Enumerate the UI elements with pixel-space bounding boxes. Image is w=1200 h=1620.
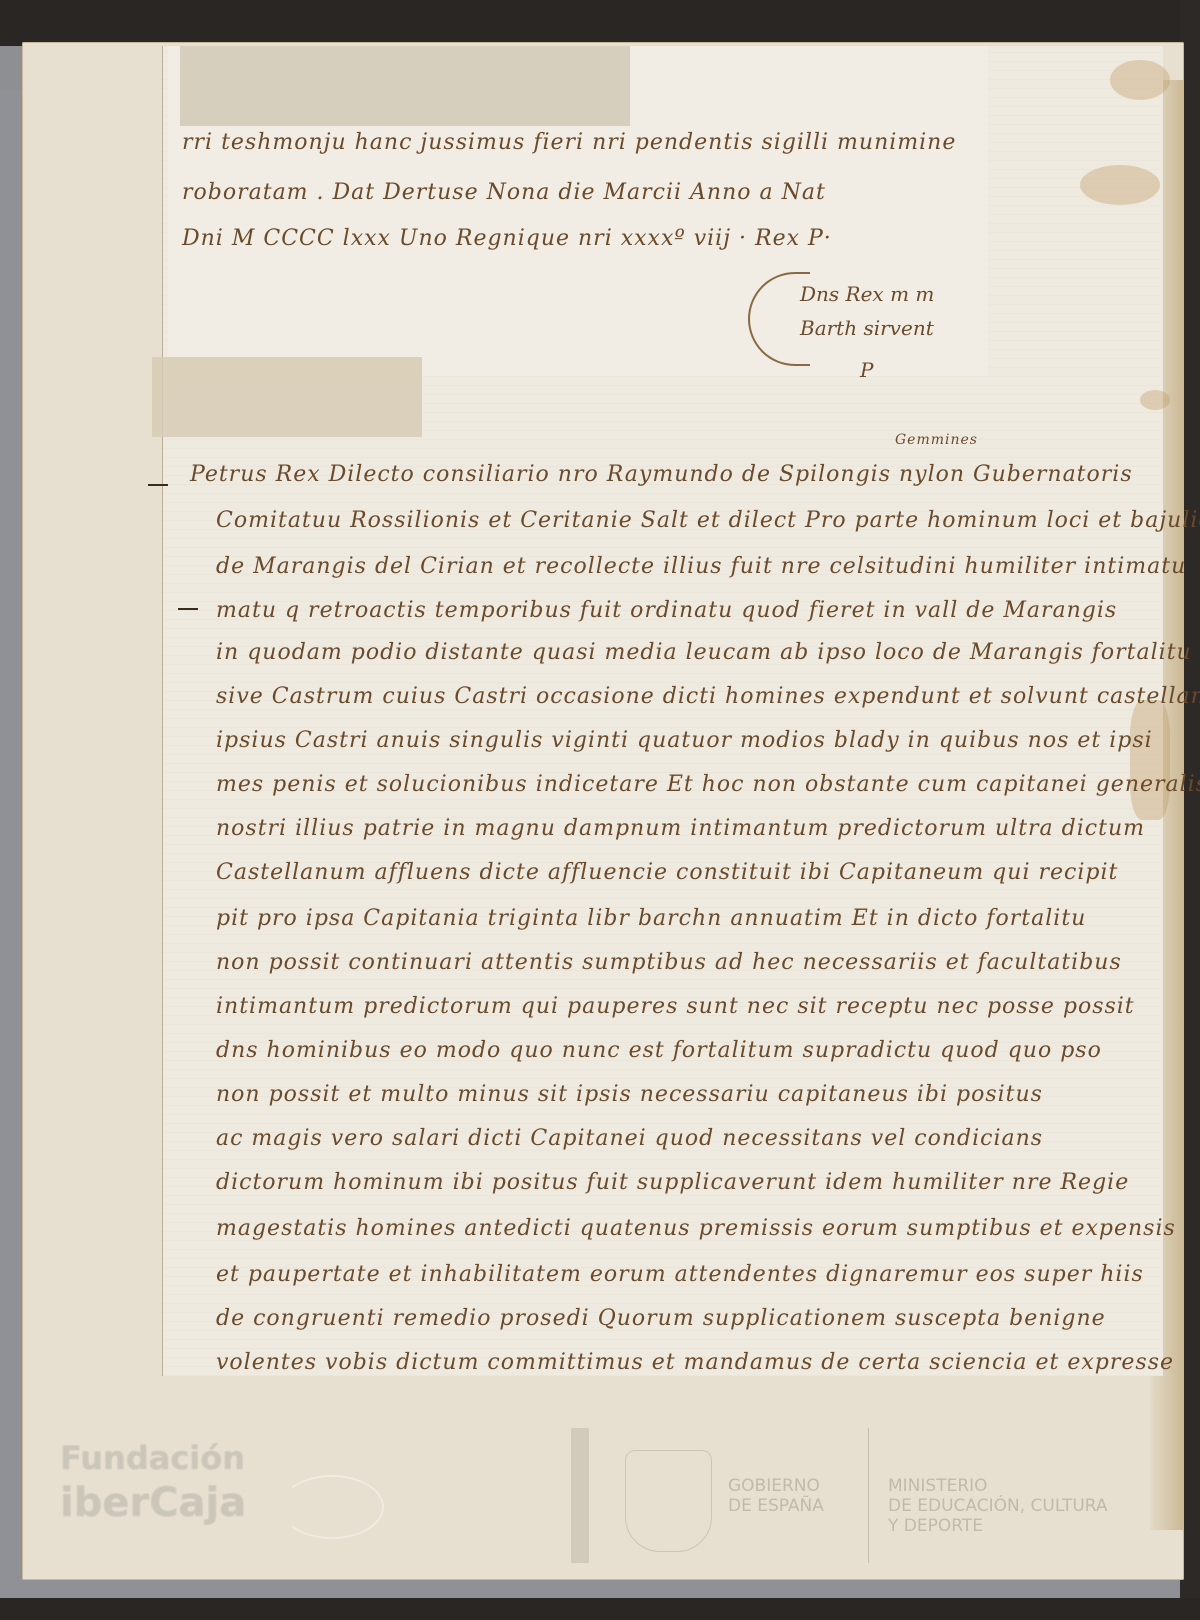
ibercaja-logo-icon — [280, 1475, 384, 1539]
interlinear-note: Gemmines — [895, 432, 978, 448]
water-stain — [1130, 700, 1170, 820]
ministry-line-3: Y DEPORTE — [888, 1516, 1108, 1536]
upper-text-line: Dni M CCCC lxxx Uno Regnique nri xxxxº v… — [182, 226, 832, 251]
main-text-line: ipsius Castri anuis singulis viginti qua… — [216, 728, 1153, 753]
main-text-line: de Marangis del Cirian et recollecte ill… — [216, 554, 1186, 579]
upper-text-line: roboratam . Dat Dertuse Nona die Marcii … — [182, 180, 826, 205]
government-line-2: DE ESPAÑA — [728, 1496, 824, 1516]
spain-flag-bar-icon — [571, 1428, 589, 1563]
main-text-line: Castellanum affluens dicte affluencie co… — [216, 860, 1118, 885]
government-line-1: GOBIERNO — [728, 1476, 824, 1496]
main-text-line: intimantum predictorum qui pauperes sunt… — [216, 994, 1135, 1019]
main-text-line: sive Castrum cuius Castri occasione dict… — [216, 684, 1200, 709]
scanner-background-top — [0, 0, 1200, 46]
ministry-watermark: MINISTERIO DE EDUCACIÓN, CULTURA Y DEPOR… — [888, 1476, 1108, 1536]
water-stain — [1110, 60, 1170, 100]
water-stain — [1080, 165, 1160, 205]
main-text-line: Petrus Rex Dilecto consiliario nro Raymu… — [190, 462, 1133, 487]
main-text-line: pit pro ipsa Capitania triginta libr bar… — [216, 906, 1086, 931]
main-text-line: volentes vobis dictum committimus et man… — [216, 1350, 1174, 1375]
water-stain — [1140, 390, 1170, 410]
main-text-line: de congruenti remedio prosedi Quorum sup… — [216, 1306, 1106, 1331]
main-text-line: nostri illius patrie in magnu dampnum in… — [216, 816, 1145, 841]
ministry-line-2: DE EDUCACIÓN, CULTURA — [888, 1496, 1108, 1516]
main-text-line: ac magis vero salari dicti Capitanei quo… — [216, 1126, 1043, 1151]
signature-line: Dns Rex m m — [800, 282, 934, 306]
scanner-background-bottom — [0, 1598, 1200, 1620]
government-watermark: GOBIERNO DE ESPAÑA — [728, 1476, 824, 1516]
main-text-line: dns hominibus eo modo quo nunc est forta… — [216, 1038, 1102, 1063]
ministry-line-1: MINISTERIO — [888, 1476, 1108, 1496]
main-text-line: in quodam podio distante quasi media leu… — [216, 640, 1192, 665]
main-text-line: non possit continuari attentis sumptibus… — [216, 950, 1122, 975]
repair-tape-top — [180, 46, 630, 126]
fundacion-watermark: Fundación — [60, 1440, 245, 1476]
coat-of-arms-icon — [625, 1450, 712, 1552]
margin-mark — [178, 608, 198, 610]
main-text-line: Comitatuu Rossilionis et Ceritanie Salt … — [216, 508, 1200, 533]
watermark-divider — [868, 1428, 869, 1563]
signature-line: Barth sirvent — [800, 316, 934, 340]
margin-mark — [148, 484, 168, 486]
main-text-line: magestatis homines antedicti quatenus pr… — [216, 1216, 1176, 1241]
upper-text-line: rri teshmonju hanc jussimus fieri nri pe… — [182, 130, 956, 155]
main-text-line: non possit et multo minus sit ipsis nece… — [216, 1082, 1043, 1107]
main-text-line: mes penis et solucionibus indicetare Et … — [216, 772, 1200, 797]
main-text-line: et paupertate et inhabilitatem eorum att… — [216, 1262, 1144, 1287]
signature-initial: P — [860, 358, 873, 382]
repair-tape-middle — [152, 357, 422, 437]
main-text-line: matu q retroactis temporibus fuit ordina… — [216, 598, 1117, 623]
main-text-line: dictorum hominum ibi positus fuit suppli… — [216, 1170, 1129, 1195]
ibercaja-watermark: iberCaja — [60, 1480, 246, 1526]
